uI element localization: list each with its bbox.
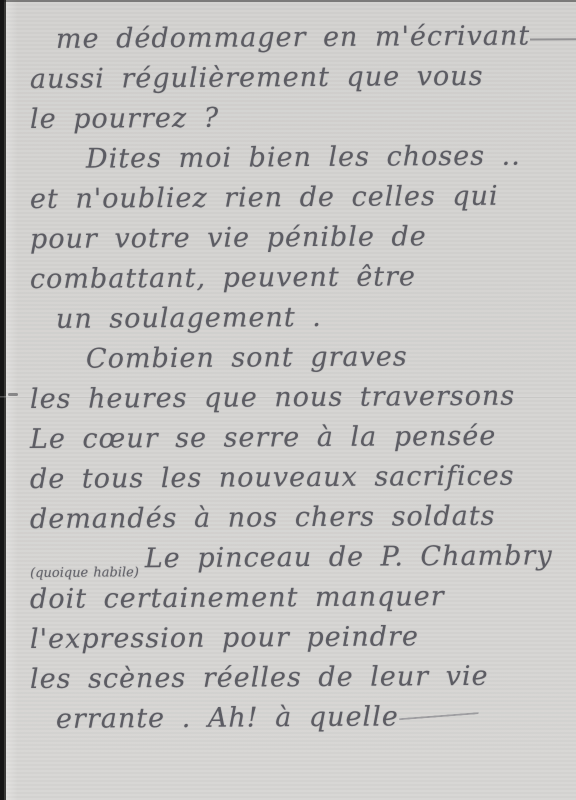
handwritten-line: le pourrez ?	[30, 96, 570, 140]
handwritten-line: doit certainement manquer	[30, 576, 570, 620]
handwritten-line: l'expression pour peindre	[30, 616, 570, 660]
handwritten-text: Le pinceau de P. Chambry	[145, 540, 553, 574]
handwritten-line: les heures que nous traversons	[30, 376, 570, 420]
scanned-letter-page: me dédommager en m'écrivant aussi réguli…	[0, 0, 576, 800]
handwritten-line: (quoique habile)Le pinceau de P. Chambry	[30, 536, 570, 580]
handwritten-line: pour votre vie pénible de	[30, 216, 570, 260]
handwritten-line: me dédommager en m'écrivant	[30, 16, 570, 60]
handwritten-line: errante . Ah! à quelle	[30, 696, 570, 740]
handwritten-line: de tous les nouveaux sacrifices	[30, 456, 570, 500]
handwritten-line: les scènes réelles de leur vie	[30, 656, 570, 700]
letter-body: me dédommager en m'écrivant aussi réguli…	[0, 0, 576, 800]
handwritten-line: et n'oubliez rien de celles qui	[30, 176, 570, 220]
handwritten-line: combattant, peuvent être	[30, 256, 570, 300]
handwritten-line: demandés à nos chers soldats	[30, 496, 570, 540]
handwritten-line: Le cœur se serre à la pensée	[30, 416, 570, 460]
handwritten-line: aussi régulièrement que vous	[30, 56, 570, 100]
handwritten-line: Dites moi bien les choses ..	[30, 136, 570, 180]
handwritten-line: Combien sont graves	[30, 336, 570, 380]
handwritten-line: un soulagement .	[30, 296, 570, 340]
